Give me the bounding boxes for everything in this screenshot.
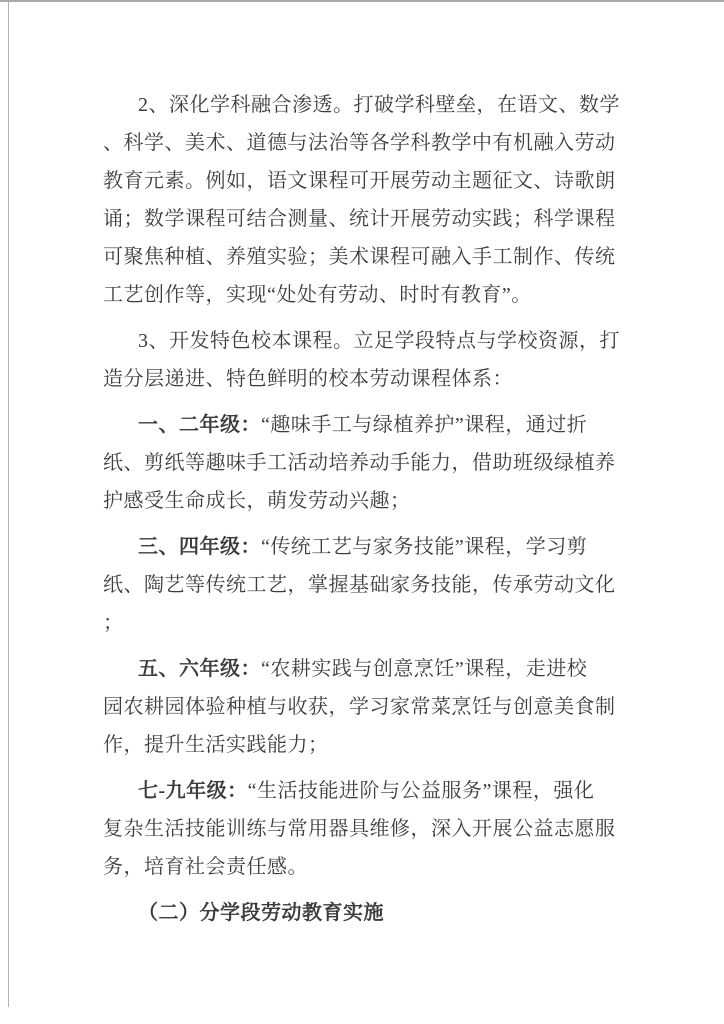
text-line: 工艺创作等，实现“处处有劳动、时时有教育”。: [103, 276, 625, 314]
text-line: 造分层递进、特色鲜明的校本劳动课程体系：: [103, 360, 625, 398]
paragraph: 三、四年级：“传统工艺与家务技能”课程，学习剪纸、陶艺等传统工艺，掌握基础家务技…: [103, 528, 625, 642]
text-line: 复杂生活技能训练与常用器具维修，深入开展公益志愿服: [103, 810, 625, 848]
grade-label: 一、二年级：: [138, 414, 261, 436]
document-body: 2、深化学科融合渗透。打破学科壁垒，在语文、数学、科学、美术、道德与法治等各学科…: [103, 86, 625, 932]
text-line: 三、四年级：“传统工艺与家务技能”课程，学习剪: [103, 528, 625, 566]
paragraph: 一、二年级：“趣味手工与绿植养护”课程，通过折纸、剪纸等趣味手工活动培养动手能力…: [103, 406, 625, 520]
text-line: 纸、陶艺等传统工艺，掌握基础家务技能，传承劳动文化: [103, 566, 625, 604]
page-left-edge: [8, 2, 9, 1007]
text-line: 五、六年级：“农耕实践与创意烹饪”课程，走进校: [103, 650, 625, 688]
text-line: 务，培育社会责任感。: [103, 848, 625, 886]
text-line: 教育元素。例如，语文课程可开展劳动主题征文、诗歌朗: [103, 162, 625, 200]
text-line: 2、深化学科融合渗透。打破学科壁垒，在语文、数学: [103, 86, 625, 124]
text-line: 3、开发特色校本课程。立足学段特点与学校资源，打: [103, 322, 625, 360]
paragraph: 3、开发特色校本课程。立足学段特点与学校资源，打造分层递进、特色鲜明的校本劳动课…: [103, 322, 625, 398]
text-line: 园农耕园体验种植与收获，学习家常菜烹饪与创意美食制: [103, 688, 625, 726]
text-line: 一、二年级：“趣味手工与绿植养护”课程，通过折: [103, 406, 625, 444]
text-line: 纸、剪纸等趣味手工活动培养动手能力，借助班级绿植养: [103, 444, 625, 482]
text-line: 诵；数学课程可结合测量、统计开展劳动实践；科学课程: [103, 200, 625, 238]
grade-label: 七-九年级：: [138, 780, 248, 802]
paragraph: 七-九年级：“生活技能进阶与公益服务”课程，强化复杂生活技能训练与常用器具维修，…: [103, 772, 625, 886]
grade-label: 五、六年级：: [138, 658, 261, 680]
document-page: { "page": { "background": "#ffffff", "ed…: [0, 0, 724, 1024]
text-line: 七-九年级：“生活技能进阶与公益服务”课程，强化: [103, 772, 625, 810]
paragraph: 2、深化学科融合渗透。打破学科壁垒，在语文、数学、科学、美术、道德与法治等各学科…: [103, 86, 625, 314]
section-heading: （二）分学段劳动教育实施: [103, 894, 625, 932]
text-line: ；: [103, 604, 625, 642]
text-line: 作，提升生活实践能力；: [103, 726, 625, 764]
paragraph: 五、六年级：“农耕实践与创意烹饪”课程，走进校园农耕园体验种植与收获，学习家常菜…: [103, 650, 625, 764]
text-line: 、科学、美术、道德与法治等各学科教学中有机融入劳动: [103, 124, 625, 162]
text-line: 护感受生命成长，萌发劳动兴趣；: [103, 482, 625, 520]
text-line: 可聚焦种植、养殖实验；美术课程可融入手工制作、传统: [103, 238, 625, 276]
page-top-edge: [0, 0, 724, 2]
grade-label: 三、四年级：: [138, 536, 261, 558]
